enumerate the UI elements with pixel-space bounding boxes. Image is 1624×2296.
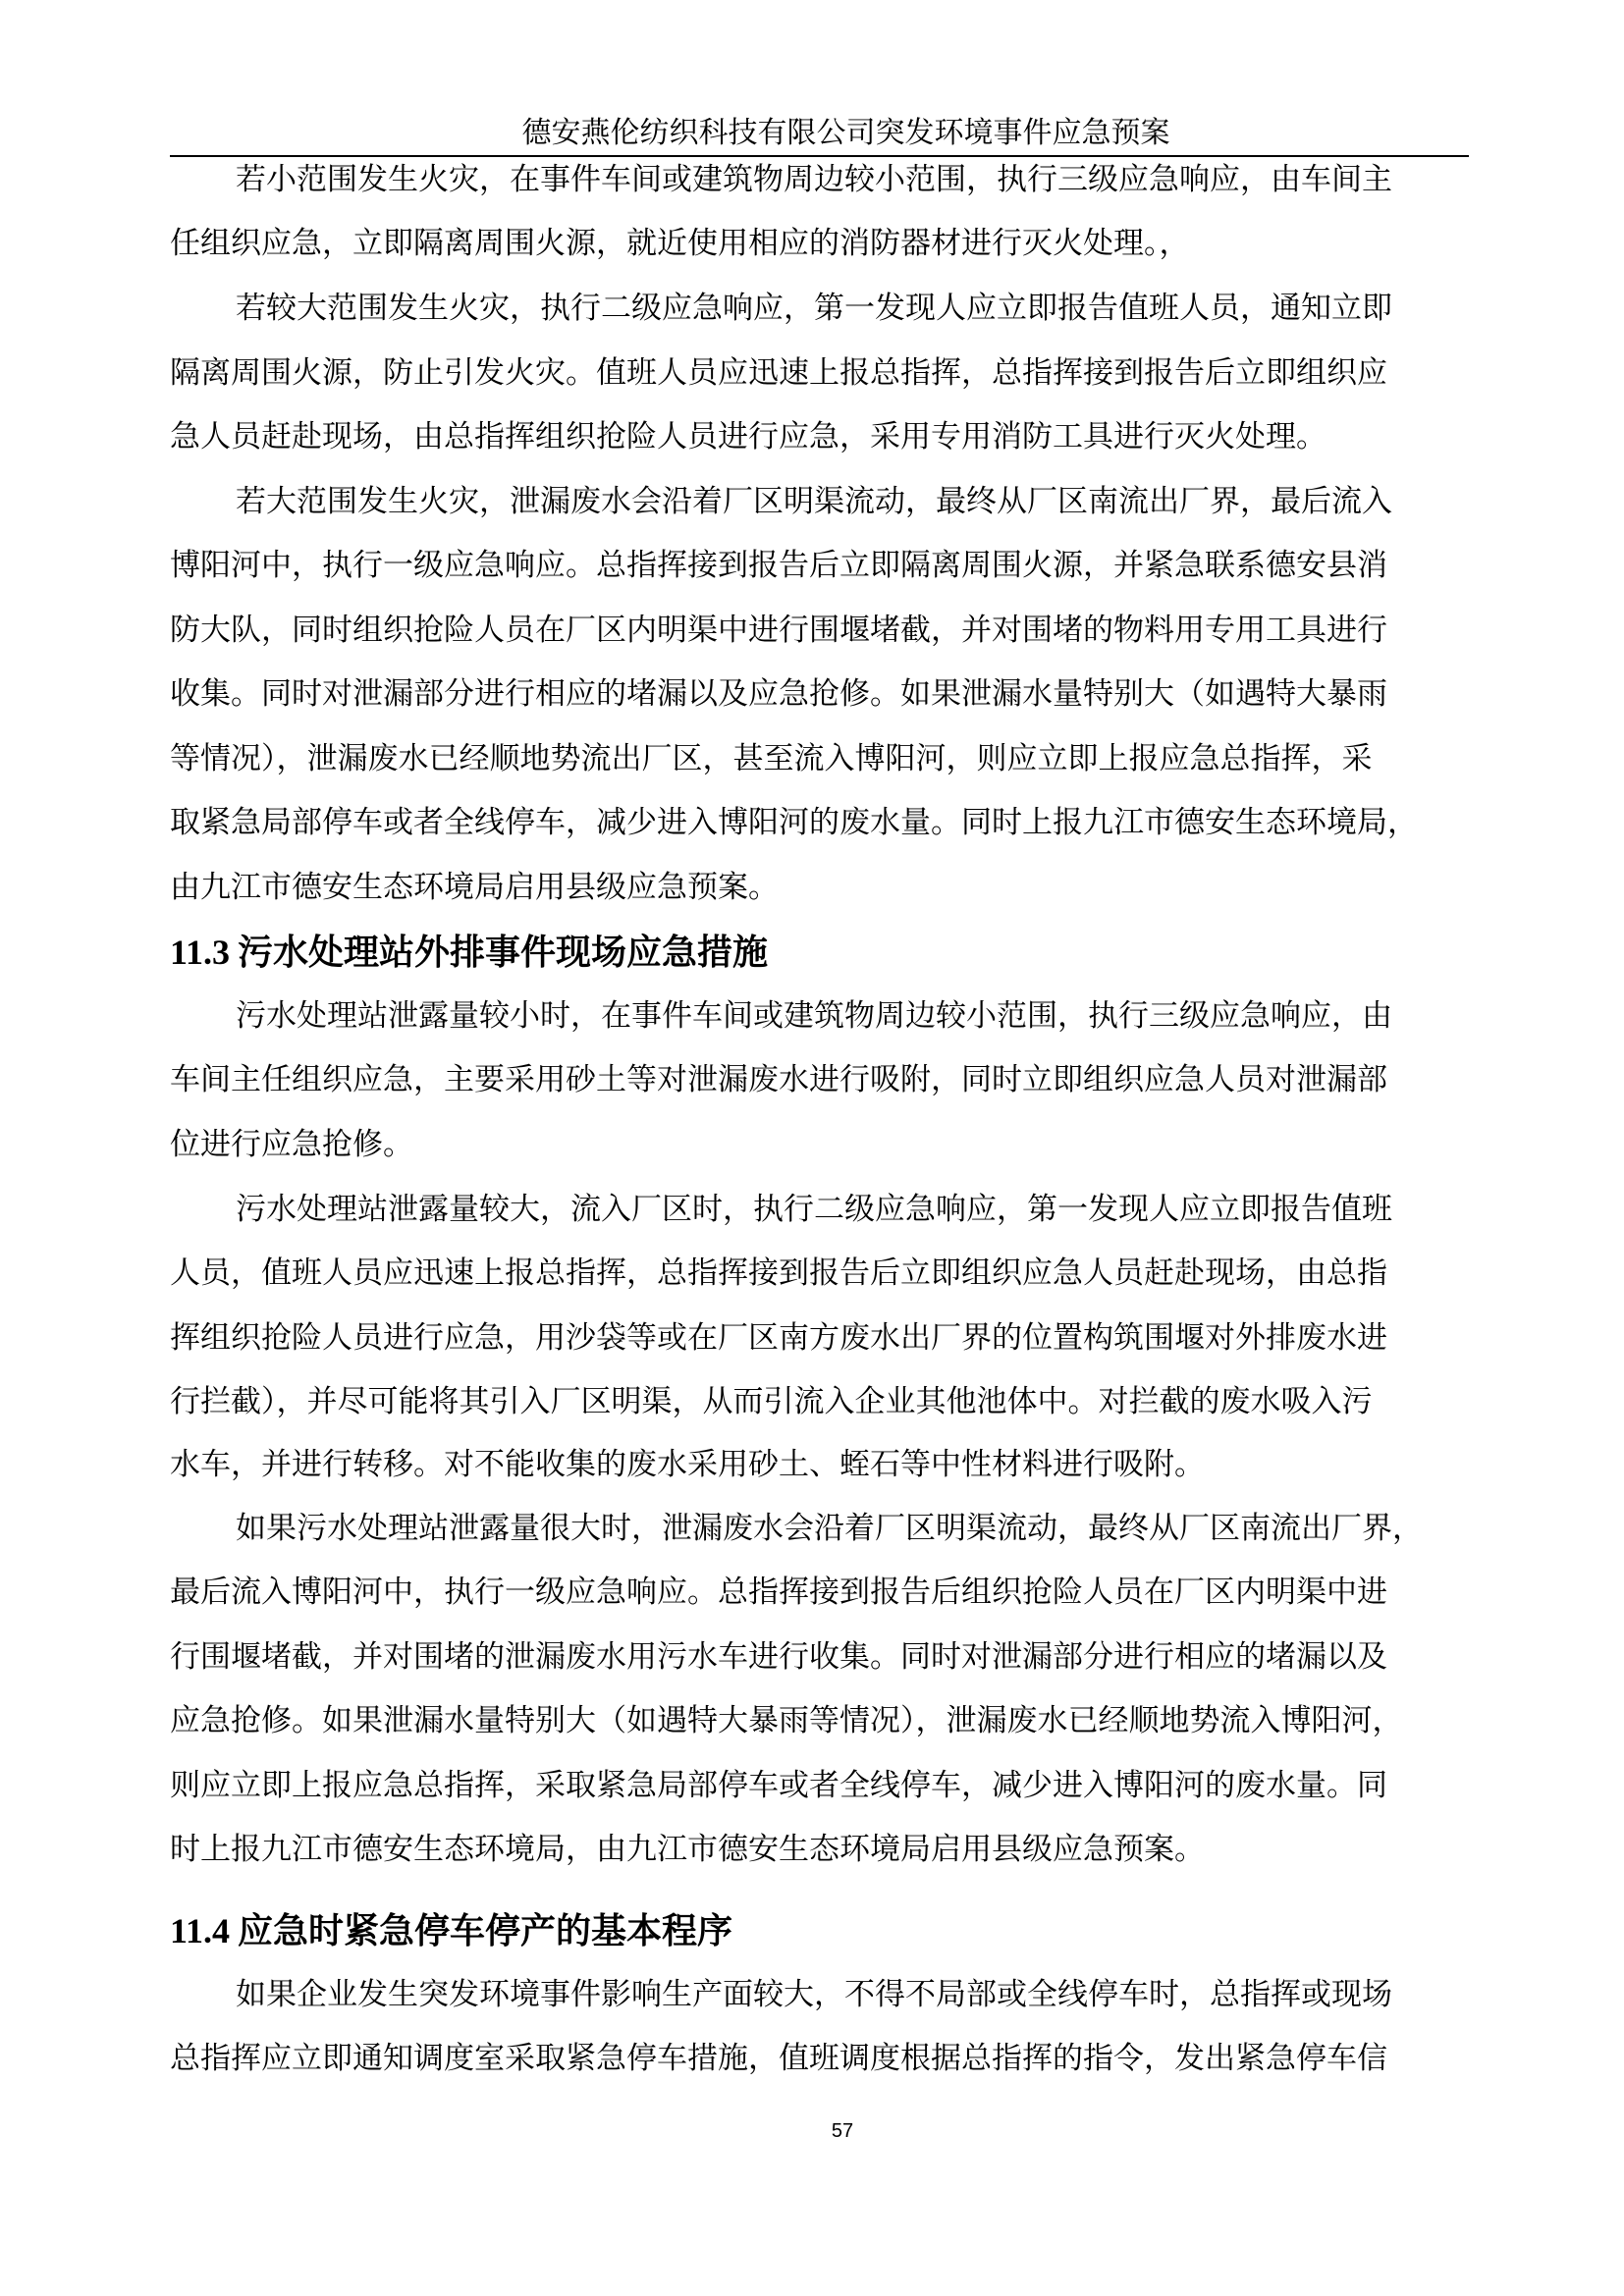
paragraph-line: 防大队，同时组织抢险人员在厂区内明渠中进行围堰堵截，并对围堵的物料用专用工具进行	[170, 611, 1469, 650]
paragraph-line: 急人员赶赴现场，由总指挥组织抢险人员进行应急，采用专用消防工具进行灭火处理。	[170, 417, 1469, 456]
paragraph-line: 若较大范围发生火灾，执行二级应急响应，第一发现人应立即报告值班人员，通知立即	[236, 289, 1469, 328]
paragraph-line: 行围堰堵截，并对围堵的泄漏废水用污水车进行收集。同时对泄漏部分进行相应的堵漏以及	[170, 1637, 1469, 1677]
section-number: 11.3	[170, 933, 230, 972]
paragraph-line: 位进行应急抢修。	[170, 1125, 1469, 1164]
paragraph-line: 行拦截），并尽可能将其引入厂区明渠，从而引流入企业其他池体中。对拦截的废水吸入污	[170, 1382, 1469, 1421]
paragraph-line: 收集。同时对泄漏部分进行相应的堵漏以及应急抢修。如果泄漏水量特别大（如遇特大暴雨	[170, 674, 1469, 714]
section-heading-11-4: 11.4应急时紧急停车停产的基本程序	[170, 1908, 732, 1953]
paragraph-line: 如果企业发生突发环境事件影响生产面较大，不得不局部或全线停车时，总指挥或现场	[236, 1975, 1469, 2014]
paragraph-line: 时上报九江市德安生态环境局，由九江市德安生态环境局启用县级应急预案。	[170, 1830, 1469, 1869]
section-title: 应急时紧急停车停产的基本程序	[238, 1910, 732, 1951]
paragraph-line: 总指挥应立即通知调度室采取紧急停车措施，值班调度根据总指挥的指令，发出紧急停车信	[170, 2039, 1469, 2078]
paragraph-line: 隔离周围火源，防止引发火灾。值班人员应迅速上报总指挥，总指挥接到报告后立即组织应	[170, 353, 1469, 393]
section-title: 污水处理站外排事件现场应急措施	[238, 932, 768, 973]
paragraph-line: 污水处理站泄露量较大，流入厂区时，执行二级应急响应，第一发现人应立即报告值班	[236, 1190, 1469, 1229]
page-number: 57	[0, 2118, 1624, 2144]
paragraph-line: 最后流入博阳河中，执行一级应急响应。总指挥接到报告后组织抢险人员在厂区内明渠中进	[170, 1573, 1469, 1612]
paragraph-line: 应急抢修。如果泄漏水量特别大（如遇特大暴雨等情况），泄漏废水已经顺地势流入博阳河…	[170, 1701, 1469, 1740]
paragraph-line: 博阳河中，执行一级应急响应。总指挥接到报告后立即隔离周围火源，并紧急联系德安县消	[170, 546, 1469, 585]
paragraph-line: 如果污水处理站泄露量很大时，泄漏废水会沿着厂区明渠流动，最终从厂区南流出厂界，	[236, 1509, 1469, 1548]
paragraph-line: 等情况），泄漏废水已经顺地势流出厂区，甚至流入博阳河，则应立即上报应急总指挥，采	[170, 739, 1469, 778]
paragraph-line: 人员，值班人员应迅速上报总指挥，总指挥接到报告后立即组织应急人员赶赴现场，由总指	[170, 1254, 1469, 1293]
section-number: 11.4	[170, 1911, 230, 1950]
paragraph-line: 若小范围发生火灾，在事件车间或建筑物周边较小范围，执行三级应急响应，由车间主	[236, 160, 1469, 199]
paragraph-line: 车间主任组织应急，主要采用砂土等对泄漏废水进行吸附，同时立即组织应急人员对泄漏部	[170, 1060, 1469, 1099]
paragraph-line: 取紧急局部停车或者全线停车，减少进入博阳河的废水量。同时上报九江市德安生态环境局…	[170, 803, 1469, 842]
paragraph-line: 污水处理站泄露量较小时，在事件车间或建筑物周边较小范围，执行三级应急响应，由	[236, 996, 1469, 1036]
paragraph-line: 由九江市德安生态环境局启用县级应急预案。	[170, 868, 1469, 907]
section-heading-11-3: 11.3污水处理站外排事件现场应急措施	[170, 930, 768, 975]
document-page: 德安燕伦纺织科技有限公司突发环境事件应急预案 若小范围发生火灾，在事件车间或建筑…	[0, 0, 1624, 2296]
paragraph-line: 则应立即上报应急总指挥，采取紧急局部停车或者全线停车，减少进入博阳河的废水量。同	[170, 1766, 1469, 1805]
running-header: 德安燕伦纺织科技有限公司突发环境事件应急预案	[170, 116, 1469, 151]
paragraph-line: 若大范围发生火灾，泄漏废水会沿着厂区明渠流动，最终从厂区南流出厂界，最后流入	[236, 482, 1469, 521]
paragraph-line: 任组织应急，立即隔离周围火源，就近使用相应的消防器材进行灭火处理。，	[170, 224, 1469, 263]
header-rule	[170, 155, 1469, 157]
paragraph-line: 水车，并进行转移。对不能收集的废水采用砂土、蛭石等中性材料进行吸附。	[170, 1445, 1469, 1484]
paragraph-line: 挥组织抢险人员进行应急，用沙袋等或在厂区南方废水出厂界的位置构筑围堰对外排废水进	[170, 1318, 1469, 1358]
